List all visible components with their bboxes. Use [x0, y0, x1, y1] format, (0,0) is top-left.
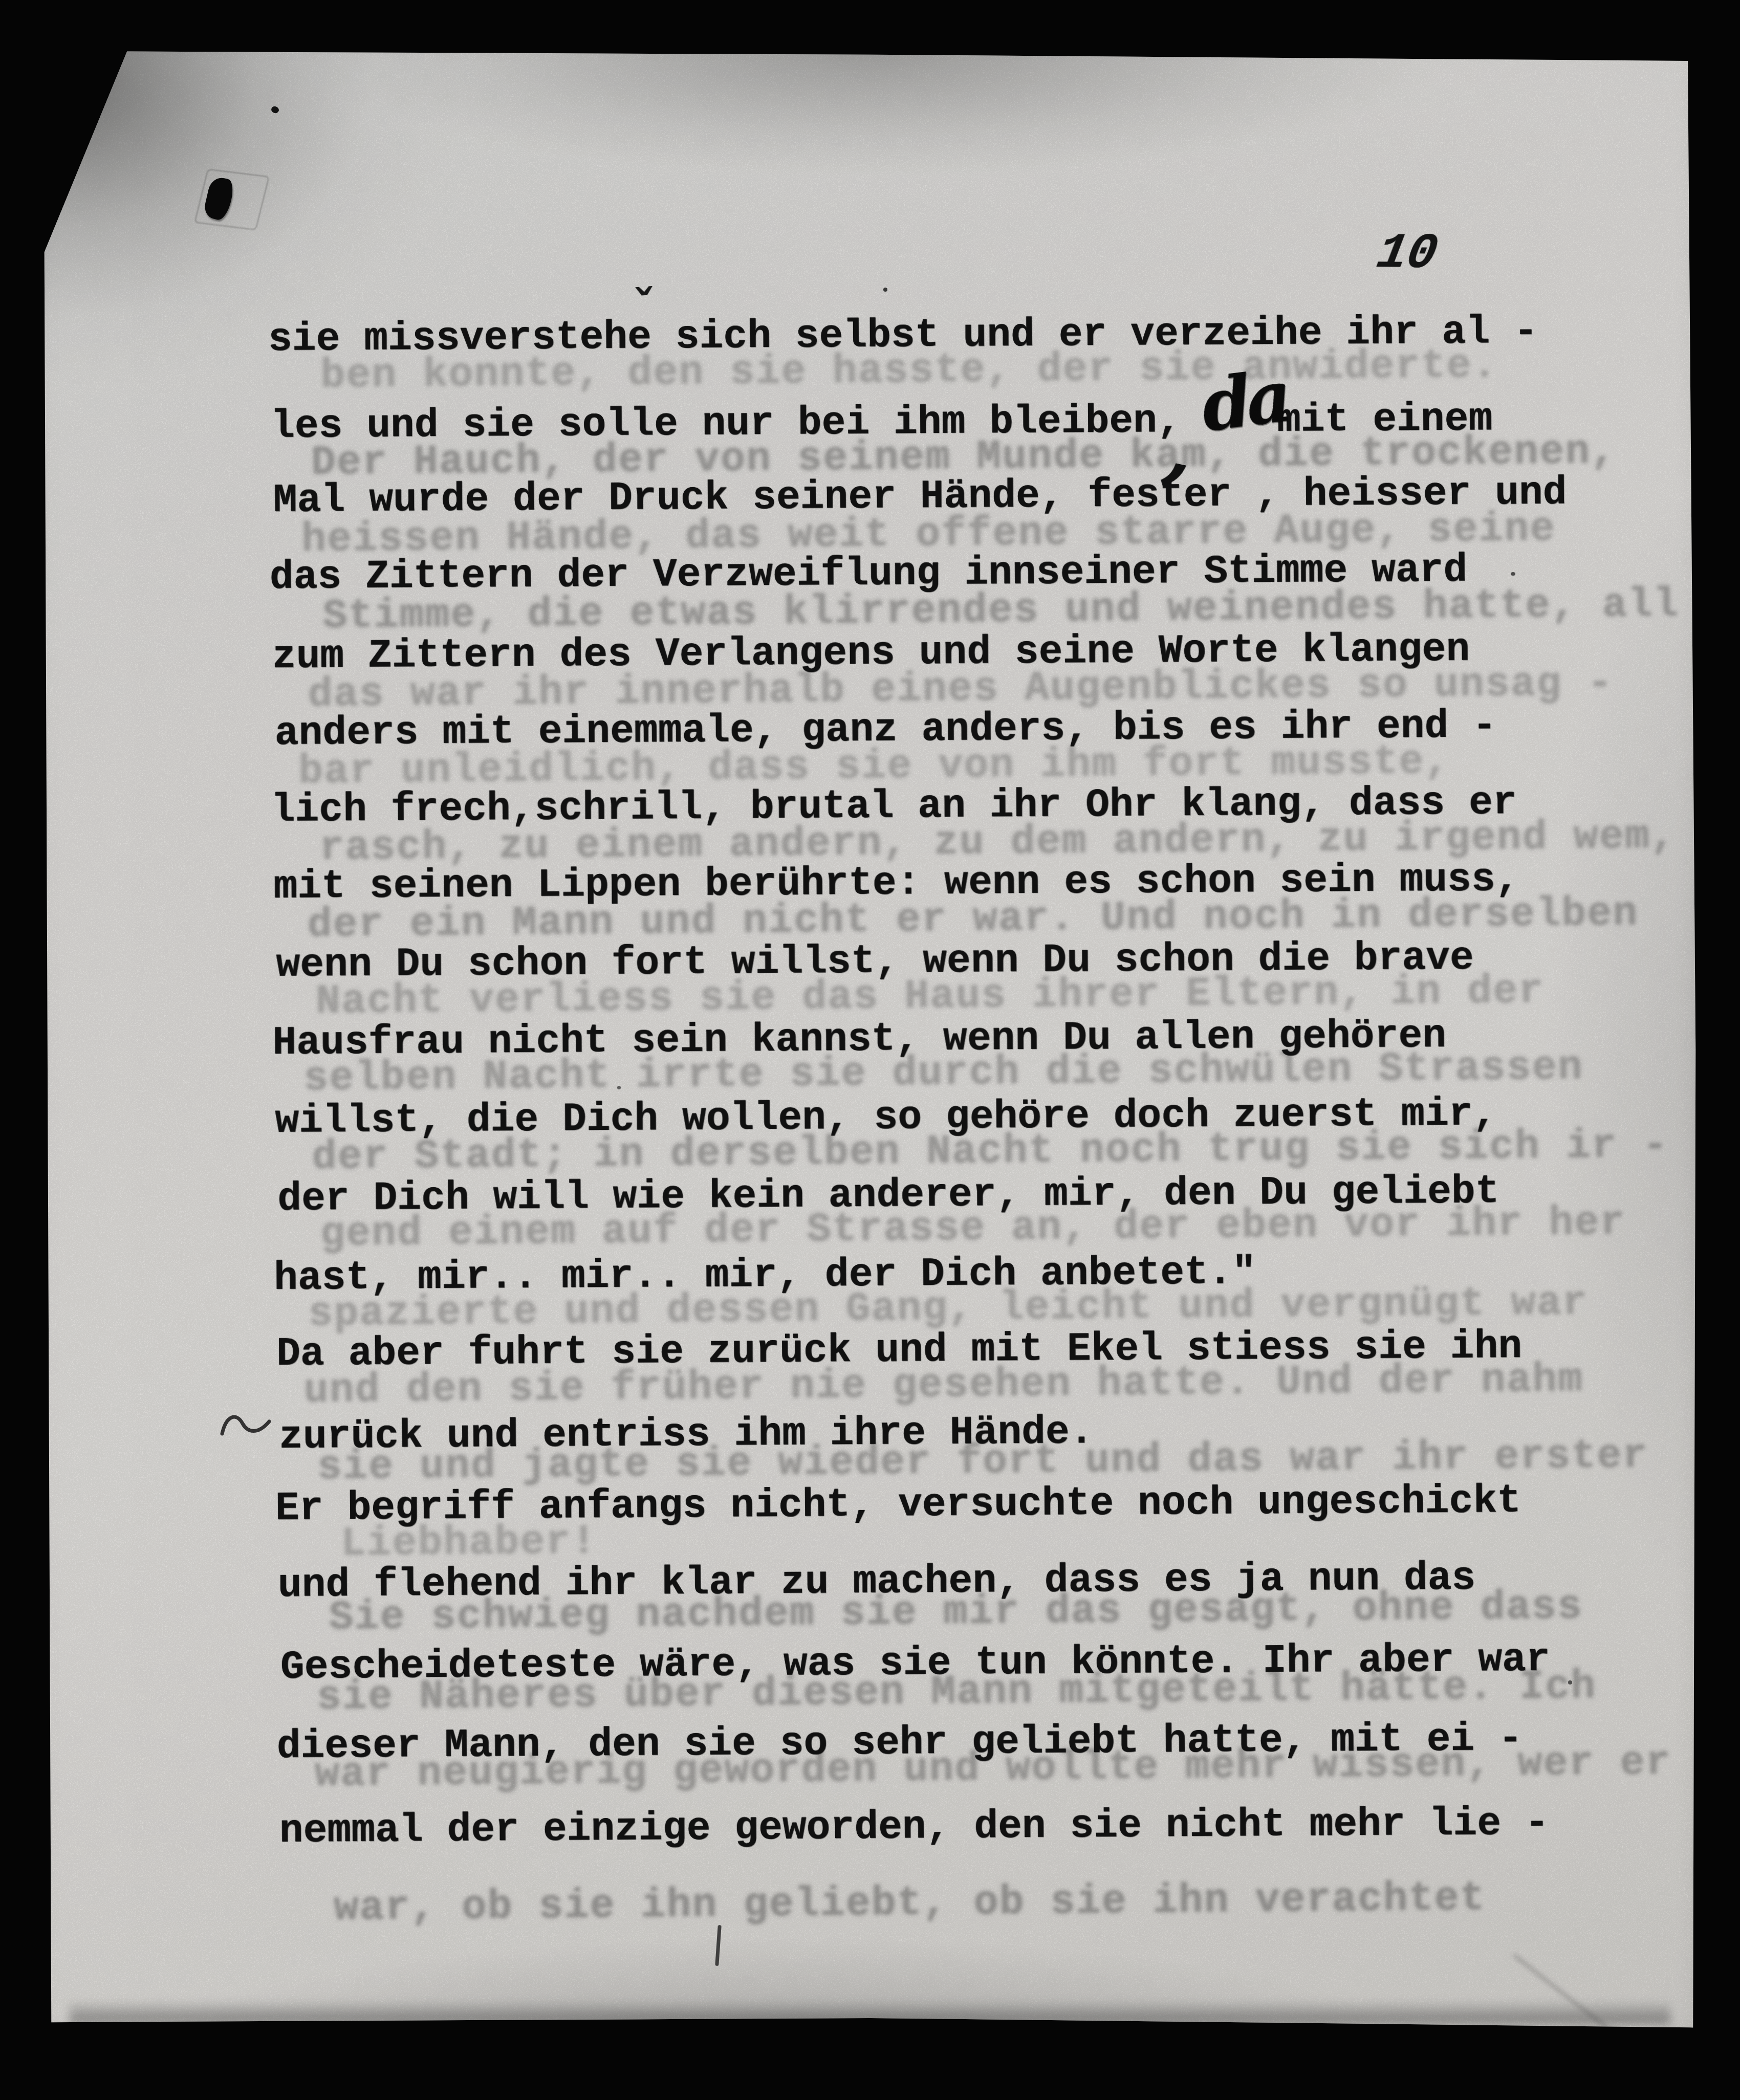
- typed-text-layer: sie missverstehe sich selbst und er verz…: [266, 0, 1686, 2100]
- typed-line: dieser Mann, den sie so sehr geliebt hat…: [277, 1717, 1522, 1769]
- typed-line: Er begriff anfangs nicht, versuchte noch…: [275, 1479, 1521, 1532]
- typed-line: und flehend ihr klar zu machen, dass es …: [278, 1556, 1476, 1608]
- typed-line: anders mit einemmale, ganz anders, bis e…: [274, 704, 1496, 756]
- typed-line: lich frech,schrill, brutal an ihr Ohr kl…: [271, 780, 1516, 833]
- typed-line: sie missverstehe sich selbst und er verz…: [268, 310, 1538, 362]
- typed-line: wenn Du schon fort willst, wenn Du schon…: [276, 936, 1474, 988]
- typed-line: Hausfrau nicht sein kannst, wenn Du alle…: [272, 1014, 1446, 1066]
- scan-edge-smear: [70, 2001, 1670, 2024]
- typed-line: der Dich will wie kein anderer, mir, den…: [277, 1169, 1499, 1222]
- ink-speck: [883, 288, 887, 292]
- typed-line: Mal wurde der Druck seiner Hände, fester…: [273, 470, 1567, 523]
- typed-line: das Zittern der Verzweiflung innseiner S…: [270, 548, 1468, 600]
- ink-speck: [1568, 1680, 1572, 1685]
- typed-line: zum Zittern des Verlangens und seine Wor…: [272, 627, 1470, 680]
- ink-speck: [617, 1086, 621, 1089]
- margin-squiggle-mark: [219, 1408, 280, 1444]
- typed-line: Gescheideteste wäre, was sie tun könnte.…: [280, 1637, 1550, 1690]
- typed-line: les und sie solle nur bei ihm bleiben, m…: [271, 397, 1493, 449]
- typed-line: hast, mir.. mir.. mir, der Dich anbetet.…: [274, 1250, 1256, 1301]
- typed-line: nemmal der einzige geworden, den sie nic…: [279, 1801, 1549, 1854]
- handwritten-caron-mark: ˇ: [632, 280, 659, 337]
- handwritten-correction-word: da: [1197, 354, 1292, 447]
- typed-line: willst, die Dich wollen, so gehöre doch …: [275, 1091, 1497, 1144]
- typed-line: Da aber fuhrt sie zurück und mit Ekel st…: [276, 1324, 1522, 1377]
- ink-speck: [1511, 572, 1515, 576]
- typed-line: mit seinen Lippen berührte: wenn es scho…: [273, 857, 1519, 910]
- ink-blot-outline: [194, 169, 269, 230]
- manuscript-page: ben konnte, den sie hasste, der sie anwi…: [0, 0, 1740, 2100]
- typed-line: zurück und entriss ihm ihre Hände.: [279, 1410, 1094, 1460]
